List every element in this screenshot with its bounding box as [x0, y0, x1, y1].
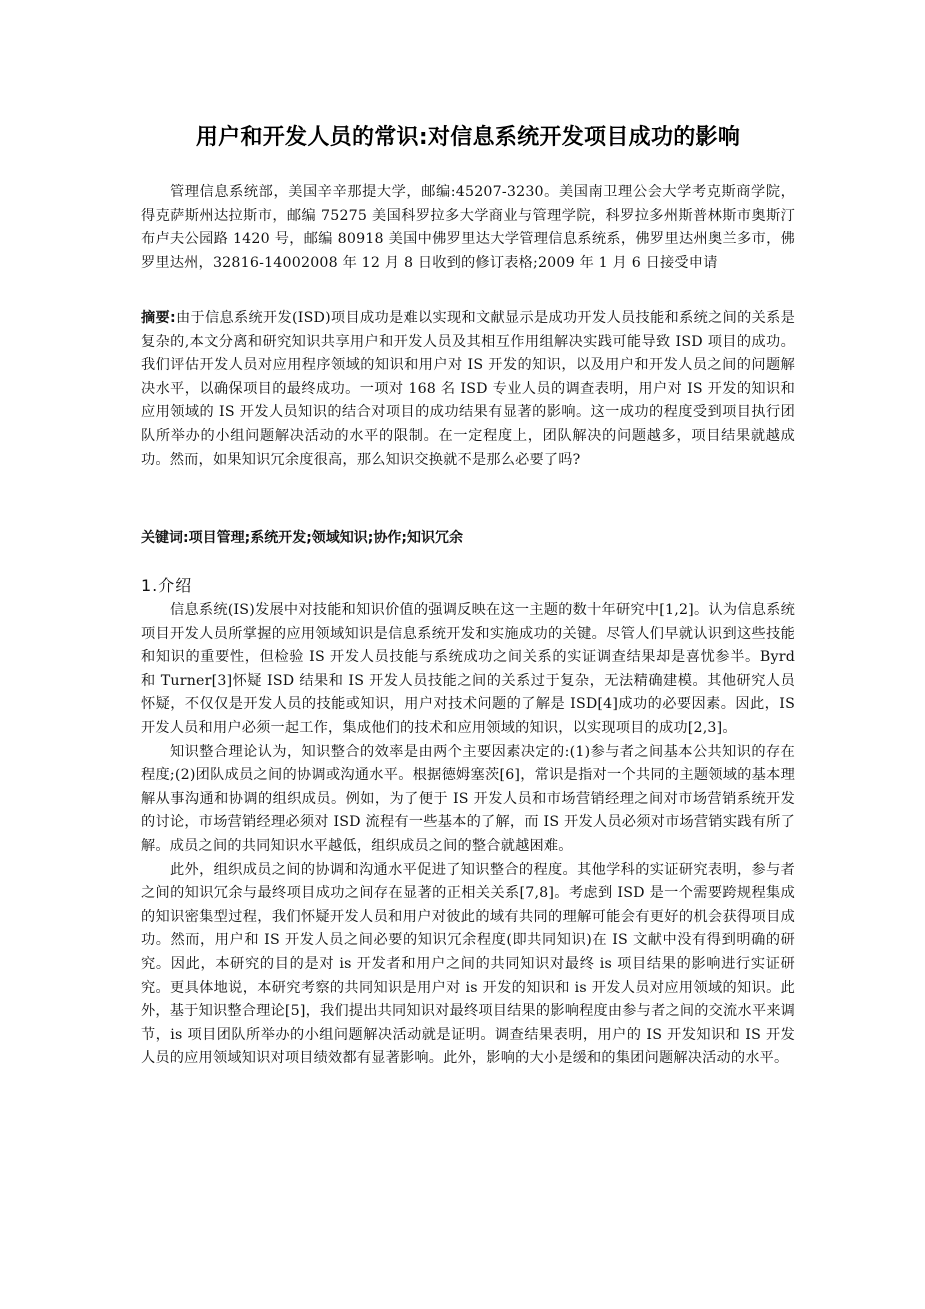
abstract-label: 摘要:: [141, 310, 176, 326]
section-body: 信息系统(IS)发展中对技能和知识价值的强调反映在这一主题的数十年研究中[1,2…: [141, 599, 795, 1071]
body-paragraph: 此外，组织成员之间的协调和沟通水平促进了知识整合的程度。其他学科的实证研究表明，…: [141, 859, 795, 1071]
body-paragraph: 信息系统(IS)发展中对技能和知识价值的强调反映在这一主题的数十年研究中[1,2…: [141, 599, 795, 741]
section-heading: 1.介绍: [141, 574, 192, 598]
abstract-block: 摘要:由于信息系统开发(ISD)项目成功是难以实现和文献显示是成功开发人员技能和…: [141, 307, 795, 472]
affiliation-block: 管理信息系统部，美国辛辛那提大学，邮编:45207-3230。美国南卫理公会大学…: [141, 181, 795, 275]
paper-title: 用户和开发人员的常识:对信息系统开发项目成功的影响: [141, 121, 795, 155]
keywords-line: 关键词:项目管理;系统开发;领域知识;协作;知识冗余: [141, 527, 463, 549]
abstract-text: 由于信息系统开发(ISD)项目成功是难以实现和文献显示是成功开发人员技能和系统之…: [141, 310, 795, 468]
body-paragraph: 知识整合理论认为，知识整合的效率是由两个主要因素决定的:(1)参与者之间基本公共…: [141, 741, 795, 859]
